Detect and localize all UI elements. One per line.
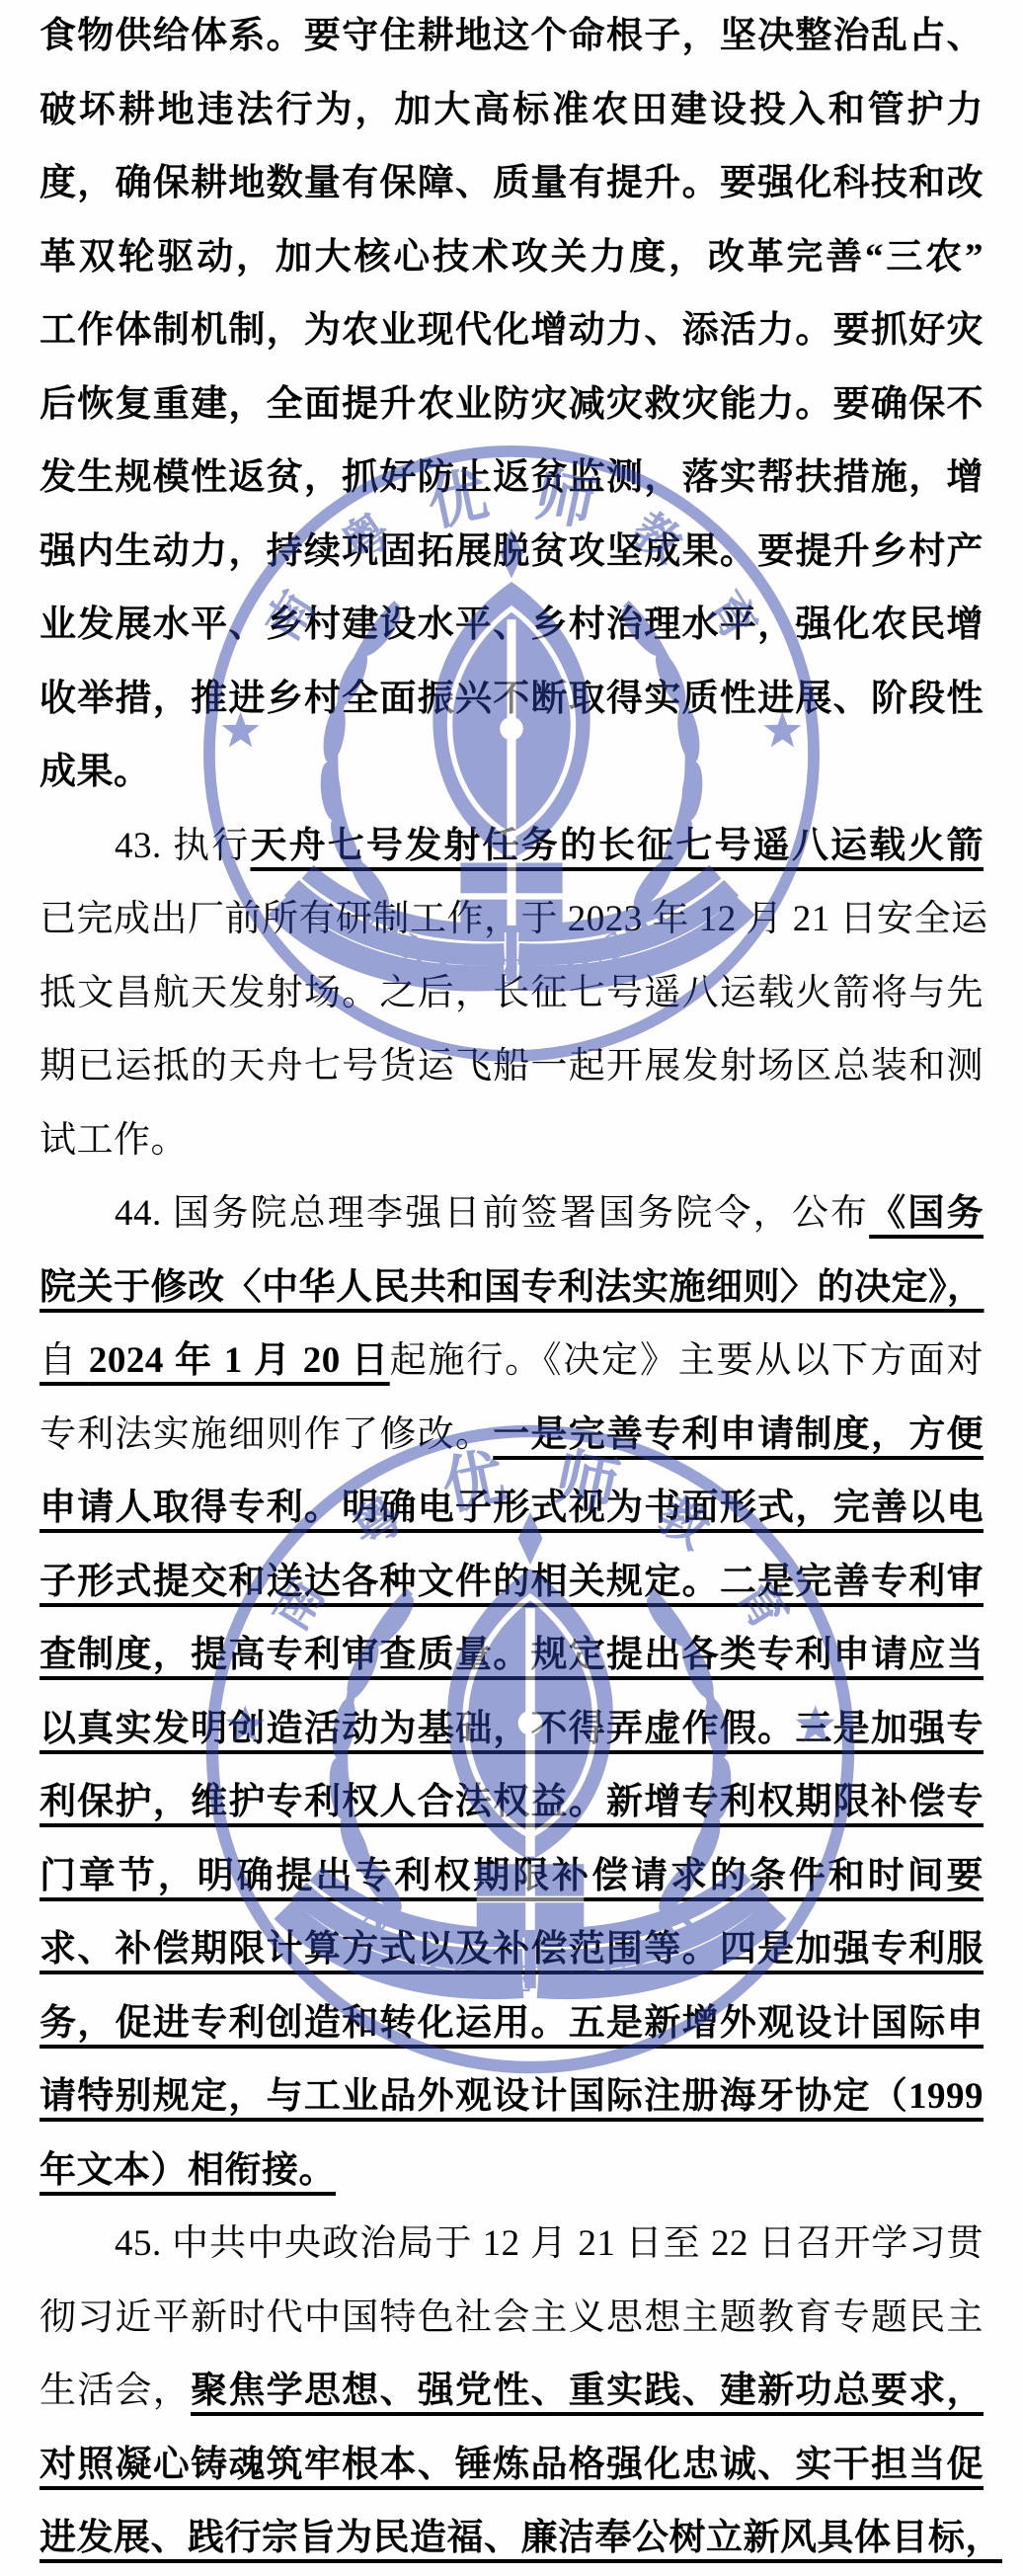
text-run: 年文本）相衔接。 (39, 2150, 336, 2191)
text-run: 务，促进专利创造和转化运用。五是新增外观设计国际申 (39, 2003, 984, 2044)
text-run: 期已运抵的天舟七号货运飞船一起开展发射场区总装和测 (39, 1046, 984, 1087)
document-line: 年文本）相衔接。 (39, 2134, 984, 2209)
document-line: 门章节，明确提出专利权期限补偿请求的条件和时间要 (39, 1840, 984, 1914)
text-run: 自 (39, 1340, 89, 1381)
document-line: 业发展水平、乡村建设水平、乡村治理水平，强化农民增 (39, 589, 984, 663)
text-run: 子形式提交和送达各种文件的相关规定。二是完善专利审 (39, 1562, 984, 1602)
document-line: 以真实发明创造活动为基础，不得弄虚作假。三是加强专 (39, 1693, 984, 1767)
text-run: 门章节，明确提出专利权期限补偿请求的条件和时间要 (39, 1856, 984, 1896)
document-line: 子形式提交和送达各种文件的相关规定。二是完善专利审 (39, 1546, 984, 1620)
text-run: 对照凝心铸魂筑牢根本、锤炼品格强化忠诚、实干担当促 (39, 2445, 984, 2485)
text-run: 2024 年 1 月 20 日 (89, 1340, 390, 1381)
document-line: 求、补偿期限计算方式以及补偿范围等。四是加强专利服 (39, 1913, 984, 1987)
text-run: 已完成出厂前所有研制工作，于 2023 年 12 月 21 日安全运 (39, 899, 988, 939)
document-line: 进发展、践行宗旨为民造福、廉洁奉公树立新风具体目标， (39, 2502, 984, 2576)
document-line: 院关于修改〈中华人民共和国专利法实施细则〉的决定》， (39, 1251, 984, 1326)
text-run: 45. 中共中央政治局于 12 月 21 日至 22 日召开学习贯 (115, 2223, 984, 2264)
text-run: 一是完善专利申请制度，方便 (493, 1414, 984, 1455)
document-line: 查制度，提高专利审查质量。规定提出各类专利申请应当 (39, 1619, 984, 1693)
document-line: 利保护，维护专利权人合法权益。新增专利权期限补偿专 (39, 1766, 984, 1840)
text-run: 强内生动力，持续巩固拓展脱贫攻坚成果。要提升乡村产 (39, 531, 984, 572)
text-run: 申请人取得专利。明确电子形式视为书面形式，完善以电 (39, 1488, 984, 1528)
text-run: 成果。 (39, 752, 151, 792)
text-run: 抵文昌航天发射场。之后，长征七号遥八运载火箭将与先 (39, 973, 984, 1013)
document-line: 43. 执行天舟七号发射任务的长征七号遥八运载火箭 (39, 810, 984, 884)
document-line: 试工作。 (39, 1104, 984, 1178)
text-run: 求、补偿期限计算方式以及补偿范围等。四是加强专利服 (39, 1929, 984, 1970)
text-layer: 食物供给体系。要守住耕地这个命根子，坚决整治乱占、破坏耕地违法行为，加大高标准农… (39, 0, 984, 2576)
document-line: 申请人取得专利。明确电子形式视为书面形式，完善以电 (39, 1472, 984, 1546)
document-line: 请特别规定，与工业品外观设计国际注册海牙协定（1999 (39, 2060, 984, 2134)
document-line: 期已运抵的天舟七号货运飞船一起开展发射场区总装和测 (39, 1030, 984, 1104)
document-line: 破坏耕地违法行为，加大高标准农田建设投入和管护力 (39, 74, 984, 148)
document-line: 收举措，推进乡村全面振兴不断取得实质性进展、阶段性 (39, 663, 984, 737)
text-run: 后恢复重建，全面提升农业防灾减灾救灾能力。要确保不 (39, 384, 984, 425)
document-line: 对照凝心铸魂筑牢根本、锤炼品格强化忠诚、实干担当促 (39, 2429, 984, 2503)
text-run: 发生规模性返贫，抓好防止返贫监测，落实帮扶措施，增 (39, 457, 984, 498)
document-line: 成果。 (39, 736, 984, 810)
text-run: 食物供给体系。要守住耕地这个命根子，坚决整治乱占、 (39, 16, 984, 56)
text-run: 生活会， (39, 2371, 191, 2411)
text-run: 以真实发明创造活动为基础，不得弄虚作假。三是加强专 (39, 1709, 984, 1749)
text-run: 收举措，推进乡村全面振兴不断取得实质性进展、阶段性 (39, 679, 984, 719)
text-run: 院关于修改〈中华人民共和国专利法实施细则〉的决定》， (39, 1267, 984, 1308)
text-run: 43. 执行 (115, 826, 251, 866)
text-run: 起施行。《决定》主要从以下方面对 (390, 1340, 984, 1381)
text-run: 彻习近平新时代中国特色社会主义思想主题教育专题民主 (39, 2297, 984, 2338)
document-line: 强内生动力，持续巩固拓展脱贫攻坚成果。要提升乡村产 (39, 516, 984, 590)
document-line: 专利法实施细则作了修改。一是完善专利申请制度，方便 (39, 1399, 984, 1473)
text-run: 查制度，提高专利审查质量。规定提出各类专利申请应当 (39, 1635, 984, 1675)
text-run: 请特别规定，与工业品外观设计国际注册海牙协定（1999 (39, 2076, 984, 2117)
document-line: 已完成出厂前所有研制工作，于 2023 年 12 月 21 日安全运 (39, 883, 984, 957)
document-line: 发生规模性返贫，抓好防止返贫监测，落实帮扶措施，增 (39, 442, 984, 516)
document-line: 度，确保耕地数量有保障、质量有提升。要强化科技和改 (39, 147, 984, 221)
document-line: 后恢复重建，全面提升农业防灾减灾救灾能力。要确保不 (39, 368, 984, 443)
text-run: 业发展水平、乡村建设水平、乡村治理水平，强化农民增 (39, 604, 984, 645)
text-run: 度，确保耕地数量有保障、质量有提升。要强化科技和改 (39, 163, 984, 203)
document-line: 生活会，聚焦学思想、强党性、重实践、建新功总要求， (39, 2355, 984, 2429)
text-run: 利保护，维护专利权人合法权益。新增专利权期限补偿专 (39, 1782, 984, 1822)
text-run: 破坏耕地违法行为，加大高标准农田建设投入和管护力 (39, 90, 984, 130)
text-run: 44. 国务院总理李强日前签署国务院令，公布 (115, 1193, 869, 1234)
text-run: 工作体制机制，为农业现代化增动力、添活力。要抓好灾 (39, 310, 984, 351)
document-line: 务，促进专利创造和转化运用。五是新增外观设计国际申 (39, 1987, 984, 2061)
text-run: 聚焦学思想、强党性、重实践、建新功总要求， (191, 2371, 984, 2411)
text-run: 天舟七号发射任务的长征七号遥八运载火箭 (251, 826, 984, 866)
text-run: 《国务 (869, 1193, 984, 1234)
text-run: 革双轮驱动，加大核心技术攻关力度，改革完善“三农” (39, 237, 984, 278)
text-run: 进发展、践行宗旨为民造福、廉洁奉公树立新风具体目标， (39, 2518, 1002, 2558)
text-run: 专利法实施细则作了修改。 (39, 1414, 493, 1455)
document-line: 44. 国务院总理李强日前签署国务院令，公布《国务 (39, 1177, 984, 1251)
document-line: 工作体制机制，为农业现代化增动力、添活力。要抓好灾 (39, 294, 984, 368)
document-line: 抵文昌航天发射场。之后，长征七号遥八运载火箭将与先 (39, 957, 984, 1031)
document-page: 食物供给体系。要守住耕地这个命根子，坚决整治乱占、破坏耕地违法行为，加大高标准农… (0, 0, 1023, 2576)
document-line: 彻习近平新时代中国特色社会主义思想主题教育专题民主 (39, 2282, 984, 2356)
document-line: 食物供给体系。要守住耕地这个命根子，坚决整治乱占、 (39, 0, 984, 74)
text-run: 试工作。 (39, 1120, 188, 1161)
document-line: 革双轮驱动，加大核心技术攻关力度，改革完善“三农” (39, 221, 984, 295)
document-line: 45. 中共中央政治局于 12 月 21 日至 22 日召开学习贯 (39, 2208, 984, 2282)
document-line: 自 2024 年 1 月 20 日起施行。《决定》主要从以下方面对 (39, 1325, 984, 1399)
